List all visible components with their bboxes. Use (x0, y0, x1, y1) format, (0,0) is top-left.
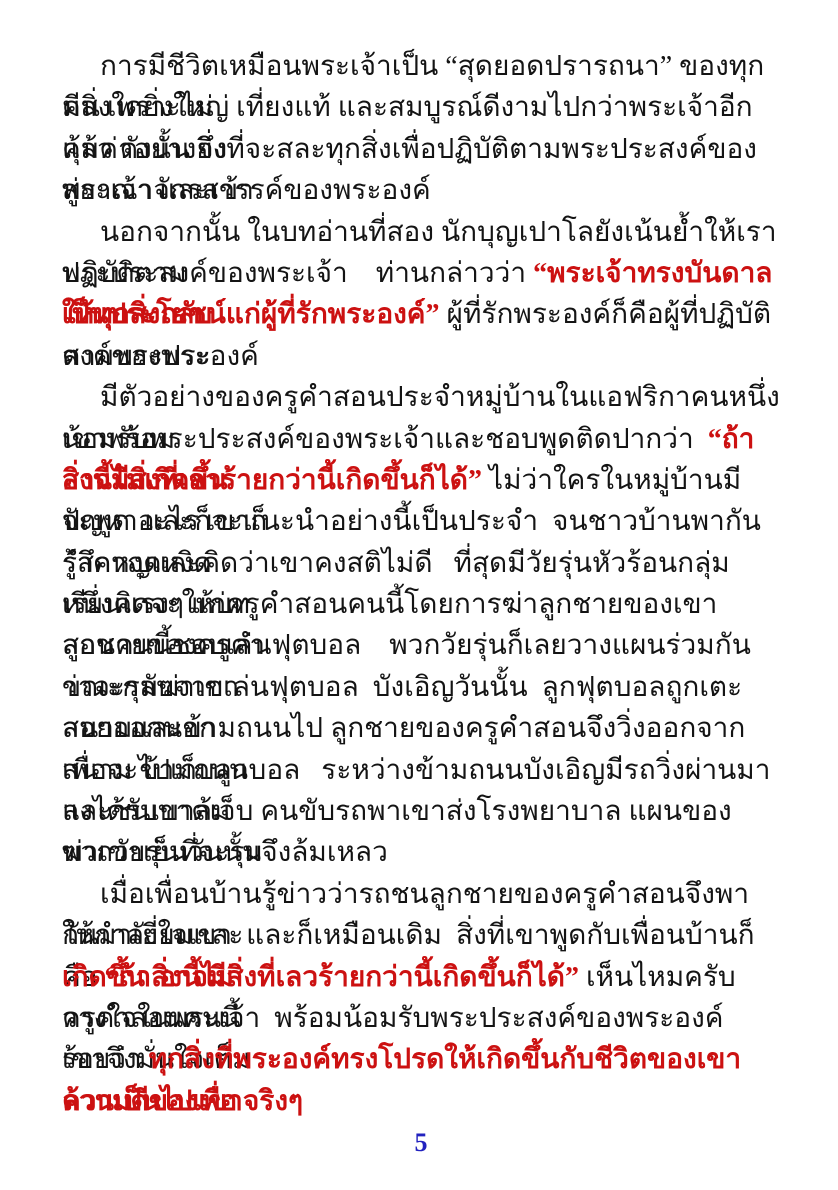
page-number: 5 (62, 1128, 780, 1158)
text-line: พระประสงค์ของพระเจ้า ท่านกล่าวว่า “พระเจ… (62, 253, 780, 294)
body-text: สู่อาณาจักรสวรรค์ของพระองค์ (62, 175, 431, 206)
text-line: ฆ่าเขาเย็นวันนั้นจึงล้มเหลว (62, 832, 780, 873)
body-text: ฆ่าเขาเย็นวันนั้นจึงล้มเหลว (62, 837, 388, 868)
highlighted-text: อาจมีสิ่งที่เลวร้ายกว่านี้เกิดขึ้นก็ได้” (62, 465, 489, 496)
text-line: อาจมีสิ่งที่เลวร้ายกว่านี้เกิดขึ้นก็ได้”… (62, 460, 780, 501)
text-line: น้อมรับพระประสงค์ของพระเจ้าและชอบพูดติดป… (62, 419, 780, 460)
text-line: วางใจในพระเจ้า พร้อมน้อมรับพระประสงค์ของ… (62, 998, 780, 1039)
document-page: การมีชีวิตเหมือนพระเจ้าเป็น “สุดยอดปรารถ… (0, 0, 838, 1190)
text-line: ให้กำลังใจเขา และก็เหมือนเดิม สิ่งที่เขา… (62, 915, 780, 956)
text-line: เกิดขึ้น อาจมีสิ่งที่เลวร้ายกว่านี้เกิดข… (62, 957, 780, 998)
document-lines: การมีชีวิตเหมือนพระเจ้าเป็น “สุดยอดปรารถ… (62, 46, 780, 1122)
text-line: มีตัวอย่างของครูคำสอนประจำหมู่บ้านในแอฟร… (62, 377, 780, 418)
text-line: เรียนแรงๆ แก่ครูคำสอนคนนี้โดยการฆ่าลูกชา… (62, 584, 780, 625)
body-text: พระประสงค์ของพระเจ้า ท่านกล่าวว่า (62, 258, 533, 289)
highlighted-text: เกิดขึ้น อาจมีสิ่งที่เลวร้ายกว่านี้เกิดข… (62, 962, 586, 993)
text-line: ลงได้รับบาดเจ็บ คนขับรถพาเขาส่งโรงพยาบาล… (62, 791, 780, 832)
text-line: เป็นประโยชน์แก่ผู้ที่รักพระองค์” ผู้ที่ร… (62, 294, 780, 335)
text-line: คุ้มค่าอย่างยิ่งที่จะสละทุกสิ่งเพื่อปฏิบ… (62, 129, 780, 170)
text-line: จะพูด และก็จะแนะนำอย่างนี้เป็นประจำ จนชา… (62, 501, 780, 542)
text-line: เพื่อจะไปเก็บลูกบอล ระหว่างข้ามถนนบังเอิ… (62, 750, 780, 791)
text-line: สนามและข้ามถนนไป ลูกชายของครูคำสอนจึงวิ่… (62, 708, 780, 749)
text-line: ความดีของเขาจริงๆ (62, 1081, 780, 1122)
text-line: ร้อยว่า ทุกสิ่งที่พระองค์ทรงโปรดให้เกิดข… (62, 1039, 780, 1080)
highlighted-text: เป็นประโยชน์แก่ผู้ที่รักพระองค์” (62, 299, 447, 330)
text-line: การมีชีวิตเหมือนพระเจ้าเป็น “สุดยอดปรารถ… (62, 46, 780, 87)
text-line: รำคาญและคิดว่าเขาคงสติไม่ดี ที่สุดมีวัยร… (62, 543, 780, 584)
text-line: นอกจากนั้น ในบทอ่านที่สอง นักบุญเปาโลยัง… (62, 212, 780, 253)
text-line: มีสิ่งใดยิ่งใหญ่ เที่ยงแท้ และสมบูรณ์ดีง… (62, 87, 780, 128)
text-line: สงค์ของพระองค์ (62, 336, 780, 377)
text-line: สอนคนนี้ชอบเล่นฟุตบอล พวกวัยรุ่นก็เลยวาง… (62, 625, 780, 666)
text-line: สู่อาณาจักรสวรรค์ของพระองค์ (62, 170, 780, 211)
text-line: ขณะกลับจากเล่นฟุตบอล บังเอิญวันนั้น ลูกฟ… (62, 667, 780, 708)
body-text: ร้อยว่า (62, 1044, 149, 1075)
body-text: สงค์ของพระองค์ (62, 341, 259, 372)
body-text: น้อมรับพระประสงค์ของพระเจ้าและชอบพูดติดป… (62, 424, 708, 455)
text-line: เมื่อเพื่อนบ้านรู้ข่าวว่ารถชนลูกชายของคร… (62, 874, 780, 915)
highlighted-text: ความดีของเขาจริงๆ (62, 1086, 303, 1117)
